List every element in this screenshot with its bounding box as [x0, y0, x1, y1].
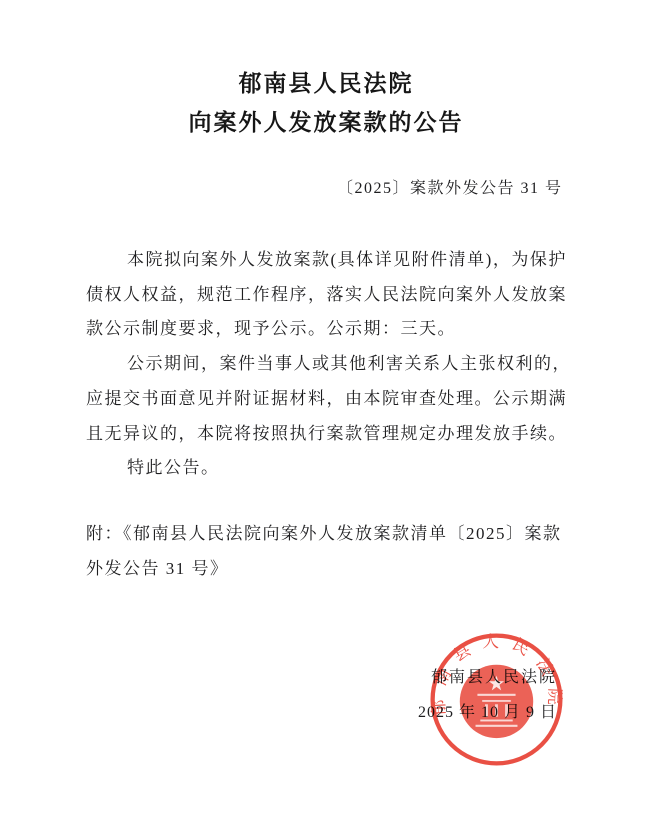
attachment-reference: 附：《郁南县人民法院向案外人发放案款清单〔2025〕案款 外发公告 31 号》: [86, 517, 586, 586]
body-line: 且无异议的，本院将按照执行案款管理规定办理发放手续。: [86, 417, 568, 452]
title-announcement-type: 向案外人发放案款的公告: [0, 103, 652, 142]
body-line: 本院拟向案外人发放案款(具体详见附件清单)，为保护: [86, 243, 568, 278]
attachment-line: 外发公告 31 号》: [86, 552, 586, 587]
announcement-body: 本院拟向案外人发放案款(具体详见附件清单)，为保护 债权人权益，规范工作程序，落…: [86, 243, 568, 486]
body-line: 公示期间，案件当事人或其他利害关系人主张权利的，: [86, 347, 568, 382]
court-announcement-page: 郁南县人民法院 向案外人发放案款的公告 〔2025〕案款外发公告 31 号 本院…: [0, 0, 652, 837]
body-line: 特此公告。: [86, 451, 568, 486]
document-number: 〔2025〕案款外发公告 31 号: [337, 175, 563, 198]
signature-court-name: 郁南县人民法院: [418, 669, 557, 686]
body-line: 款公示制度要求，现予公示。公示期：三天。: [86, 312, 568, 347]
title-court-name: 郁南县人民法院: [0, 64, 652, 103]
attachment-line: 附：《郁南县人民法院向案外人发放案款清单〔2025〕案款: [86, 517, 586, 552]
signature-block: 郁南县人民法院 2025 年 10 月 9 日: [418, 669, 557, 721]
document-title: 郁南县人民法院 向案外人发放案款的公告: [0, 64, 652, 142]
signature-date: 2025 年 10 月 9 日: [418, 704, 557, 721]
body-line: 债权人权益，规范工作程序，落实人民法院向案外人发放案: [86, 278, 568, 313]
body-line: 应提交书面意见并附证据材料，由本院审查处理。公示期满: [86, 382, 568, 417]
